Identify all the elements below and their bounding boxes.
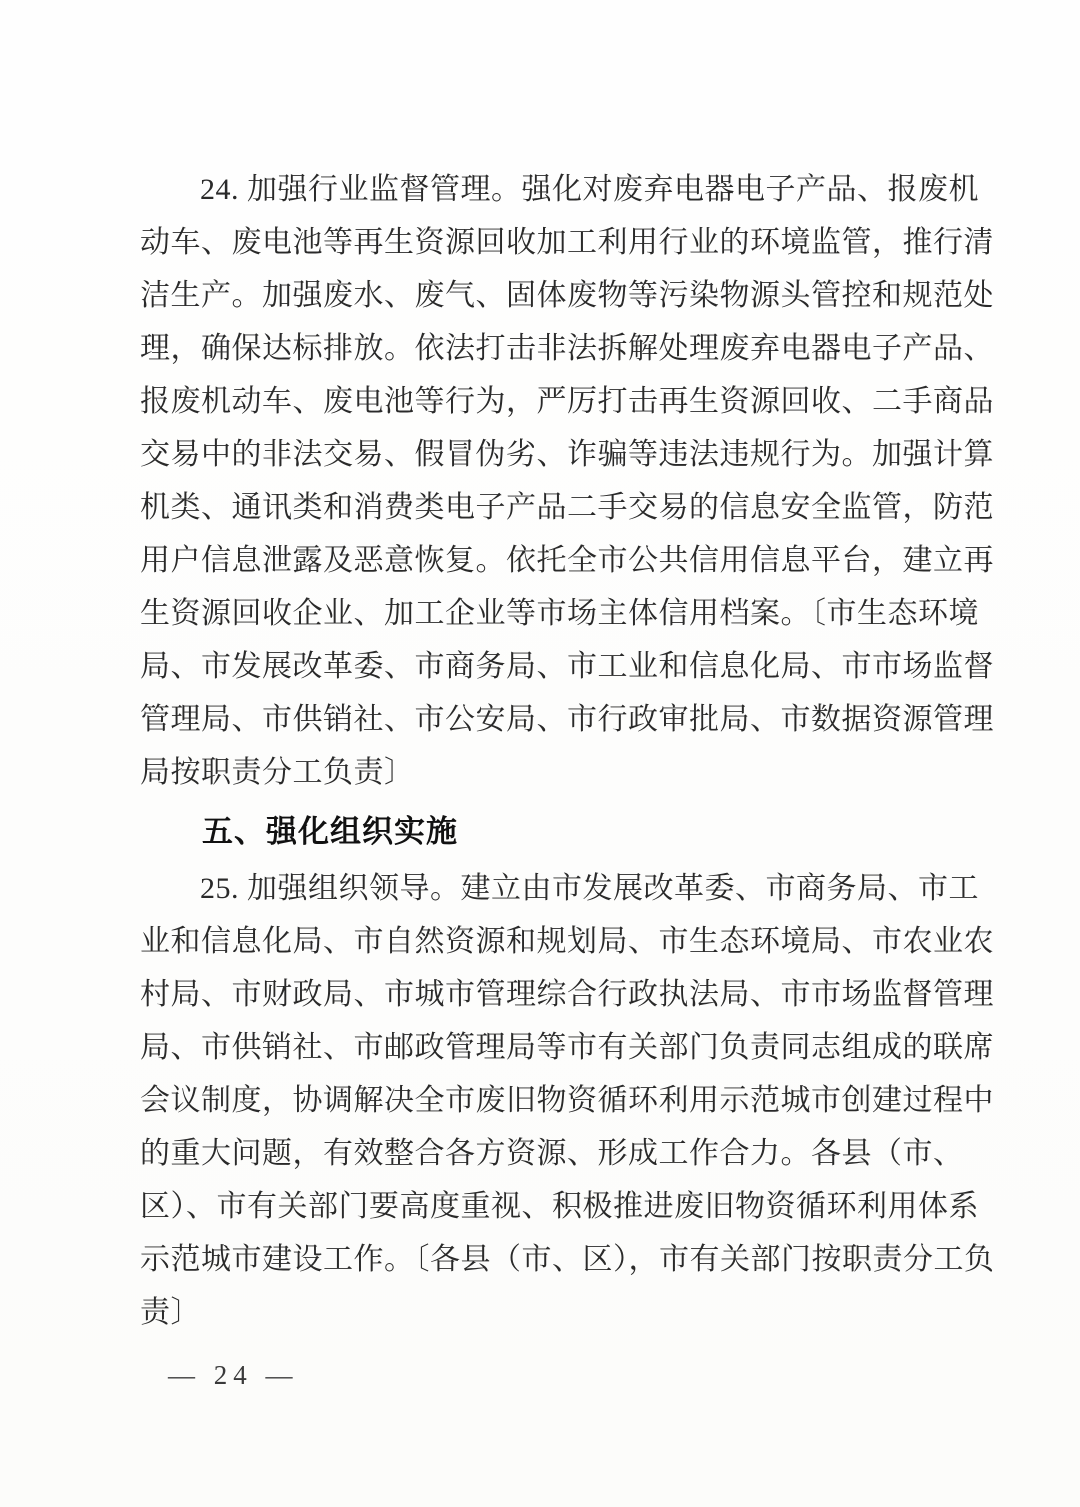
paragraph-item-24: 24. 加强行业监督管理。强化对废弃电器电子产品、报废机动车、废电池等再生资源回… [140,163,947,799]
document-page: 24. 加强行业监督管理。强化对废弃电器电子产品、报废机动车、废电池等再生资源回… [0,0,1080,1507]
text-line: 的重大问题，有效整合各方资源、形成工作合力。各县（市、 [140,1127,947,1180]
text-line: 村局、市财政局、市城市管理综合行政执法局、市市场监督管理 [140,968,947,1021]
text-line: 示范城市建设工作。〔各县（市、区），市有关部门按职责分工负 [140,1233,947,1286]
text-line: 会议制度，协调解决全市废旧物资循环利用示范城市创建过程中 [140,1074,947,1127]
section-heading-5: 五、强化组织实施 [140,805,947,858]
text-line: 区）、市有关部门要高度重视、积极推进废旧物资循环利用体系 [140,1180,947,1233]
text-line: 局、市供销社、市邮政管理局等市有关部门负责同志组成的联席 [140,1021,947,1074]
text-line: 动车、废电池等再生资源回收加工利用行业的环境监管，推行清 [140,216,947,269]
text-line: 25. 加强组织领导。建立由市发展改革委、市商务局、市工 [140,862,947,915]
text-line: 报废机动车、废电池等行为，严厉打击再生资源回收、二手商品 [140,375,947,428]
text-line: 局按职责分工负责〕 [140,746,947,799]
text-line: 管理局、市供销社、市公安局、市行政审批局、市数据资源管理 [140,693,947,746]
page-number: — 24 — [140,1355,947,1395]
text-line: 责〕 [140,1286,947,1339]
paragraph-item-25: 25. 加强组织领导。建立由市发展改革委、市商务局、市工业和信息化局、市自然资源… [140,862,947,1339]
text-line: 24. 加强行业监督管理。强化对废弃电器电子产品、报废机 [140,163,947,216]
text-line: 洁生产。加强废水、废气、固体废物等污染物源头管控和规范处 [140,269,947,322]
text-line: 理，确保达标排放。依法打击非法拆解处理废弃电器电子产品、 [140,322,947,375]
text-line: 机类、通讯类和消费类电子产品二手交易的信息安全监管，防范 [140,481,947,534]
text-line: 生资源回收企业、加工企业等市场主体信用档案。〔市生态环境 [140,587,947,640]
document-content: 24. 加强行业监督管理。强化对废弃电器电子产品、报废机动车、废电池等再生资源回… [140,163,947,1339]
text-line: 局、市发展改革委、市商务局、市工业和信息化局、市市场监督 [140,640,947,693]
text-line: 交易中的非法交易、假冒伪劣、诈骗等违法违规行为。加强计算 [140,428,947,481]
text-line: 用户信息泄露及恶意恢复。依托全市公共信用信息平台，建立再 [140,534,947,587]
text-line: 业和信息化局、市自然资源和规划局、市生态环境局、市农业农 [140,915,947,968]
